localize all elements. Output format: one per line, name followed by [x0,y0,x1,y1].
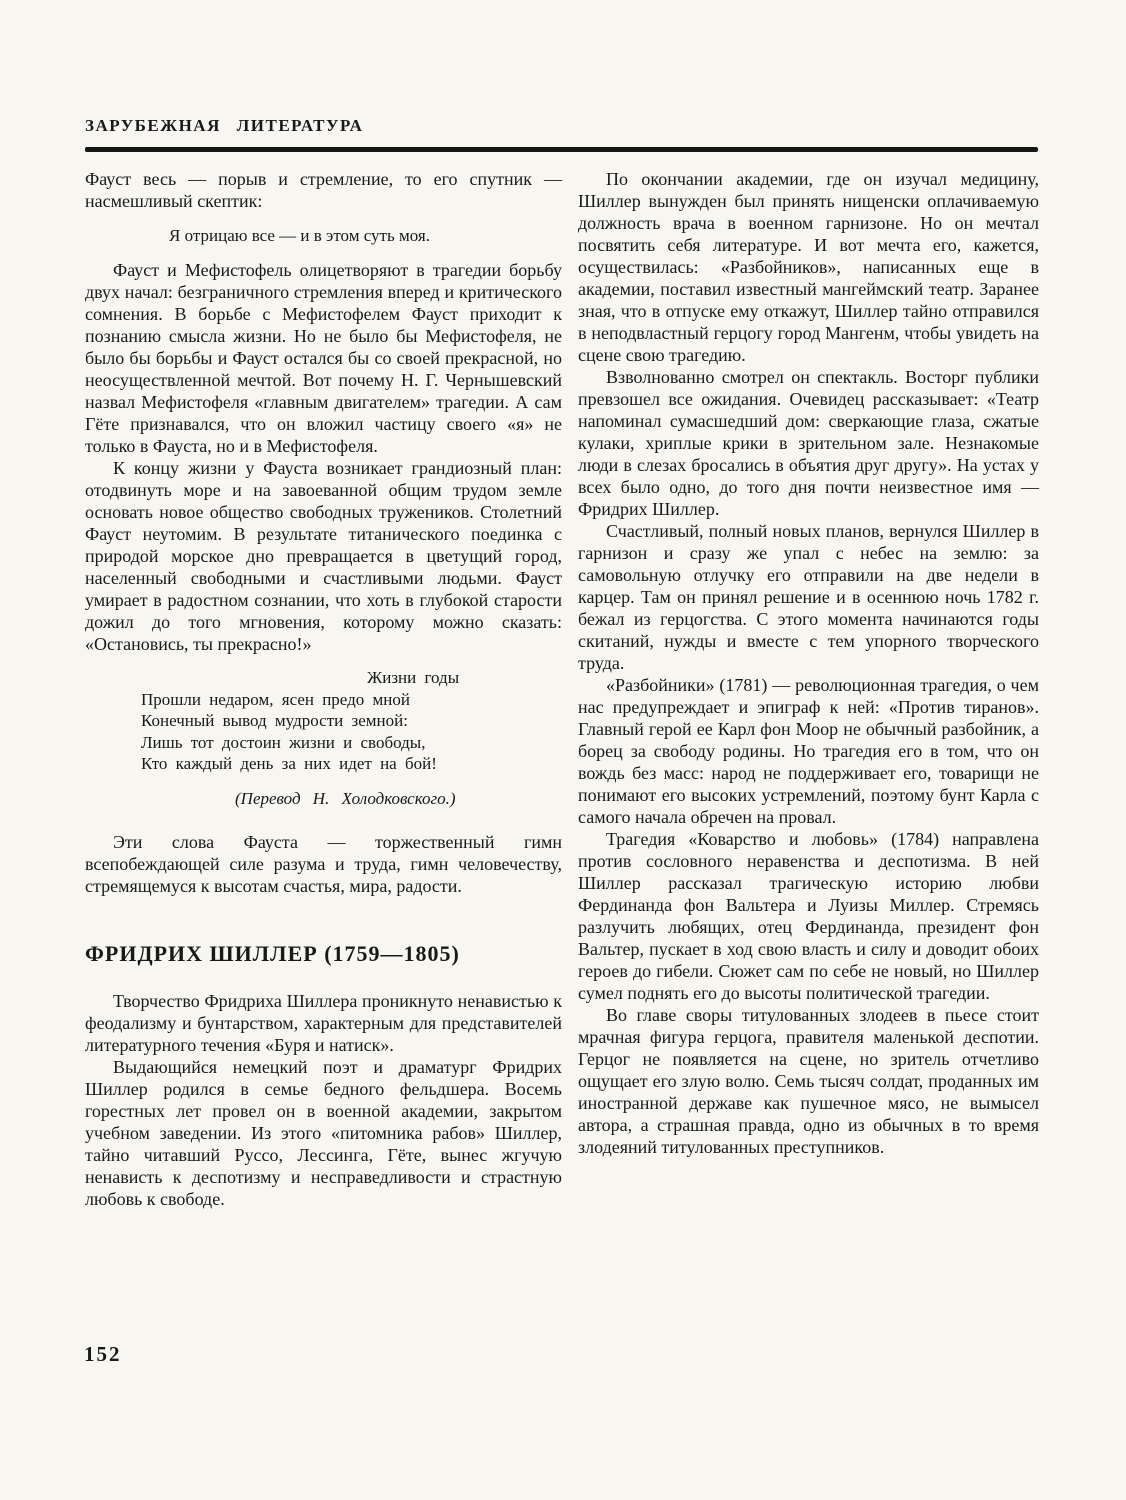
paragraph-schiller-youth: Выдающийся немецкий поэт и драматург Фри… [85,1056,562,1210]
running-header: ЗАРУБЕЖНАЯ ЛИТЕРАТУРА [85,116,363,136]
paragraph-duke-villains: Во главе своры титулованных злодеев в пь… [578,1004,1039,1158]
verse-line: Жизни годы [367,667,562,689]
paragraph-schiller-academy: По окончании академии, где он изучал мед… [578,168,1039,366]
right-column: По окончании академии, где он изучал мед… [578,168,1039,1158]
section-heading-schiller: ФРИДРИХ ШИЛЛЕР (1759—1805) [85,943,562,965]
translation-attribution: (Перевод Н. Холодковского.) [235,788,562,809]
paragraph-robbers-tragedy: «Разбойники» (1781) — революционная траг… [578,674,1039,828]
paragraph-intrigue-and-love: Трагедия «Коварство и любовь» (1784) нап… [578,828,1039,1004]
page-number: 152 [84,1342,122,1367]
faust-quote-line: Я отрицаю все — и в этом суть моя. [169,225,562,246]
book-page: ЗАРУБЕЖНАЯ ЛИТЕРАТУРА Фауст весь — порыв… [0,0,1126,1500]
paragraph-faust-mephistopheles: Фауст и Мефистофель олицетворяют в траге… [85,259,562,457]
verse-line: Прошли недаром, ясен предо мной [141,689,562,711]
paragraph-faust-intro: Фауст весь — порыв и стремление, то его … [85,168,562,212]
verse-line: Лишь тот достоин жизни и свободы, [141,732,562,754]
paragraph-schiller-creativity: Творчество Фридриха Шиллера проникнуто н… [85,990,562,1056]
verse-line: Кто каждый день за них идет на бой! [141,753,562,775]
paragraph-faust-grand-plan: К концу жизни у Фауста возникает грандио… [85,457,562,655]
paragraph-schiller-escape: Счастливый, полный новых планов, вернулс… [578,520,1039,674]
left-column: Фауст весь — порыв и стремление, то его … [85,168,562,1210]
paragraph-faust-hymn: Эти слова Фауста — торжественный гимн вс… [85,831,562,897]
paragraph-schiller-premiere: Взволнованно смотрел он спектакль. Восто… [578,366,1039,520]
header-rule [85,147,1038,152]
verse-line: Конечный вывод мудрости земной: [141,710,562,732]
verse-block: Жизни годы Прошли недаром, ясен предо мн… [141,667,562,775]
